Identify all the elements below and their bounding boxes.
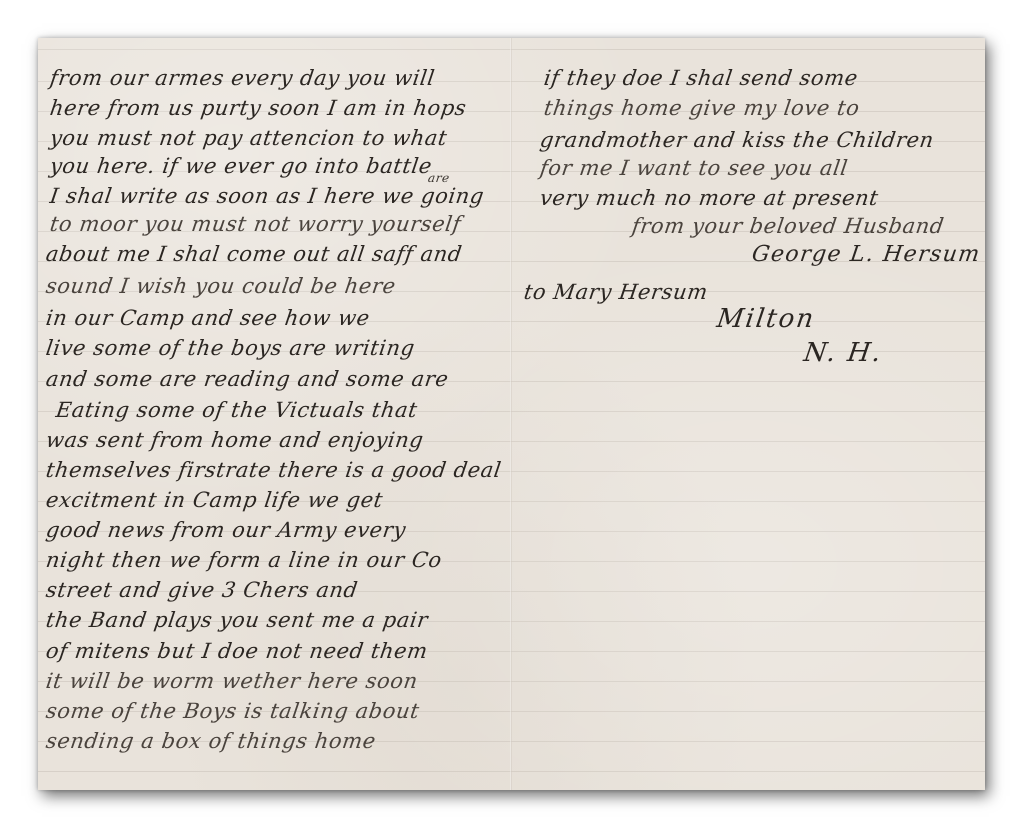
letter-line: for me I want to see you all (539, 158, 850, 179)
letter-line: you here. if we ever go into battle (49, 156, 434, 177)
letter-line: very much no more at present (539, 188, 880, 209)
letter-line: here from us purty soon I am in hops (49, 98, 468, 119)
letter-line: I shal write as soon as I here we going (49, 186, 486, 207)
letter-line: the Band plays you sent me a pair (45, 610, 430, 631)
letter-line: excitment in Camp life we get (45, 490, 385, 511)
letter-line: of mitens but I doe not need them (45, 641, 430, 662)
right-page: if they doe I shal send some things home… (512, 38, 985, 790)
left-page: from our armes every day you will here f… (38, 38, 510, 790)
letter-line: from our armes every day you will (49, 68, 437, 89)
letter-line: street and give 3 Chers and (45, 580, 360, 601)
letter-scan-stage: from our armes every day you will here f… (0, 0, 1024, 829)
signature: George L. Hersum (750, 244, 982, 266)
insertion-mark: are (427, 172, 450, 184)
letter-sheet: from our armes every day you will here f… (38, 38, 985, 790)
letter-line: live some of the boys are writing (45, 338, 417, 359)
letter-line: you must not pay attencion to what (49, 128, 449, 149)
letter-line: to moor you must not worry yourself (49, 214, 463, 235)
address-recipient: to Mary Hersum (523, 282, 710, 303)
letter-line: sending a box of things home (45, 731, 378, 752)
letter-line: grandmother and kiss the Children (539, 130, 936, 151)
letter-line: good news from our Army every (45, 520, 408, 541)
address-state: N. H. (802, 340, 884, 366)
letter-line: some of the Boys is talking about (45, 701, 421, 722)
letter-closing: from your beloved Husband (631, 216, 946, 237)
letter-line: sound I wish you could be here (45, 276, 398, 297)
letter-line: Eating some of the Victuals that (55, 400, 419, 421)
letter-line: themselves firstrate there is a good dea… (45, 460, 503, 481)
letter-line: about me I shal come out all saff and (45, 244, 464, 265)
letter-line: and some are reading and some are (45, 369, 450, 390)
letter-line: night then we form a line in our Co (45, 550, 444, 571)
letter-line: if they doe I shal send some (543, 68, 860, 89)
letter-line: was sent from home and enjoying (45, 430, 425, 451)
letter-line: in our Camp and see how we (45, 308, 372, 329)
letter-line: things home give my love to (543, 98, 861, 119)
letter-line: it will be worm wether here soon (45, 671, 420, 692)
address-town: Milton (715, 306, 817, 332)
